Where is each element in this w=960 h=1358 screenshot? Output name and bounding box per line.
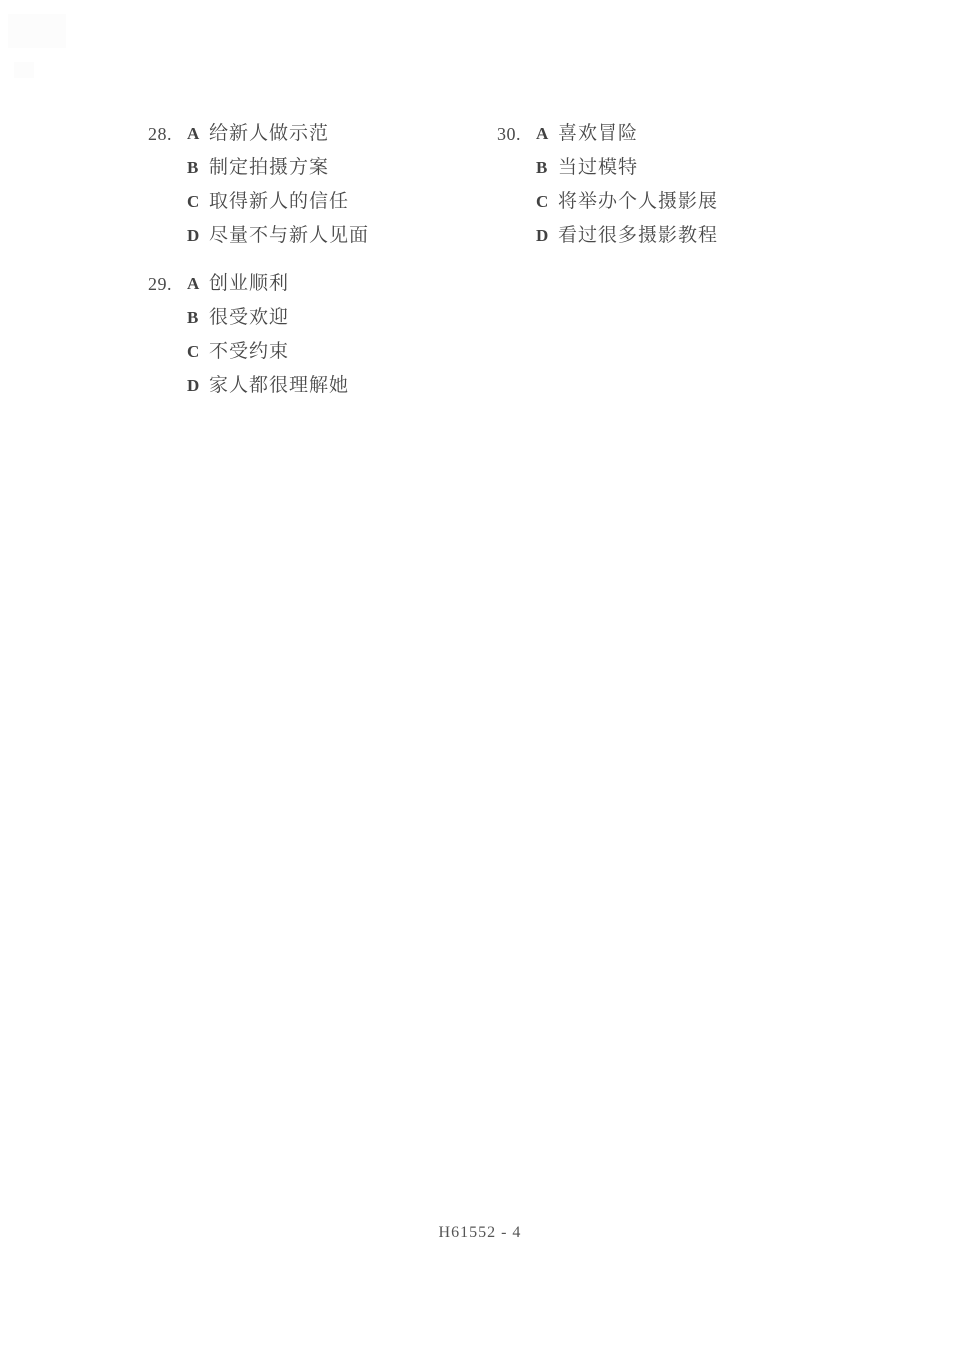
option-c: C 不受约束 [187,335,349,369]
option-letter: B [536,151,558,185]
option-letter: D [187,369,209,403]
option-letter: A [187,117,209,151]
option-text: 制定拍摄方案 [209,151,329,185]
option-letter: C [187,185,209,219]
option-text: 很受欢迎 [209,301,289,335]
option-text: 将举办个人摄影展 [558,185,718,219]
option-text: 创业顺利 [209,267,289,301]
option-text: 给新人做示范 [209,117,329,151]
question-options: A 创业顺利 B 很受欢迎 C 不受约束 D 家人都很理解她 [187,267,349,403]
option-text: 看过很多摄影教程 [558,219,718,253]
option-letter: A [187,267,209,301]
option-text: 家人都很理解她 [209,369,349,403]
option-a: A 创业顺利 [187,267,349,301]
option-letter: B [187,151,209,185]
option-d: D 尽量不与新人见面 [187,219,369,253]
question-number: 28. [148,117,187,151]
option-text: 尽量不与新人见面 [209,219,369,253]
page-code-footer: H61552 - 4 [0,1224,960,1242]
question-options: A 给新人做示范 B 制定拍摄方案 C 取得新人的信任 D 尽量不与新人见面 [187,117,369,253]
option-letter: D [536,219,558,253]
question-30: 30. A 喜欢冒险 B 当过模特 C 将举办个人摄影展 D 看过很多摄影教程 [497,117,718,253]
question-options: A 喜欢冒险 B 当过模特 C 将举办个人摄影展 D 看过很多摄影教程 [536,117,718,253]
option-b: B 很受欢迎 [187,301,349,335]
option-b: B 当过模特 [536,151,718,185]
question-29: 29. A 创业顺利 B 很受欢迎 C 不受约束 D 家人都很理解她 [148,267,349,403]
option-letter: A [536,117,558,151]
option-text: 不受约束 [209,335,289,369]
question-number: 29. [148,267,187,301]
scan-smudge [8,14,66,48]
option-a: A 给新人做示范 [187,117,369,151]
option-c: C 将举办个人摄影展 [536,185,718,219]
option-letter: B [187,301,209,335]
option-letter: C [187,335,209,369]
option-text: 喜欢冒险 [558,117,638,151]
option-letter: C [536,185,558,219]
option-d: D 家人都很理解她 [187,369,349,403]
option-text: 当过模特 [558,151,638,185]
option-c: C 取得新人的信任 [187,185,369,219]
question-28: 28. A 给新人做示范 B 制定拍摄方案 C 取得新人的信任 D 尽量不与新人… [148,117,369,253]
option-a: A 喜欢冒险 [536,117,718,151]
option-letter: D [187,219,209,253]
question-number: 30. [497,117,536,151]
option-text: 取得新人的信任 [209,185,349,219]
option-b: B 制定拍摄方案 [187,151,369,185]
scan-smudge [14,62,34,78]
option-d: D 看过很多摄影教程 [536,219,718,253]
exam-page: 28. A 给新人做示范 B 制定拍摄方案 C 取得新人的信任 D 尽量不与新人… [0,0,960,1358]
